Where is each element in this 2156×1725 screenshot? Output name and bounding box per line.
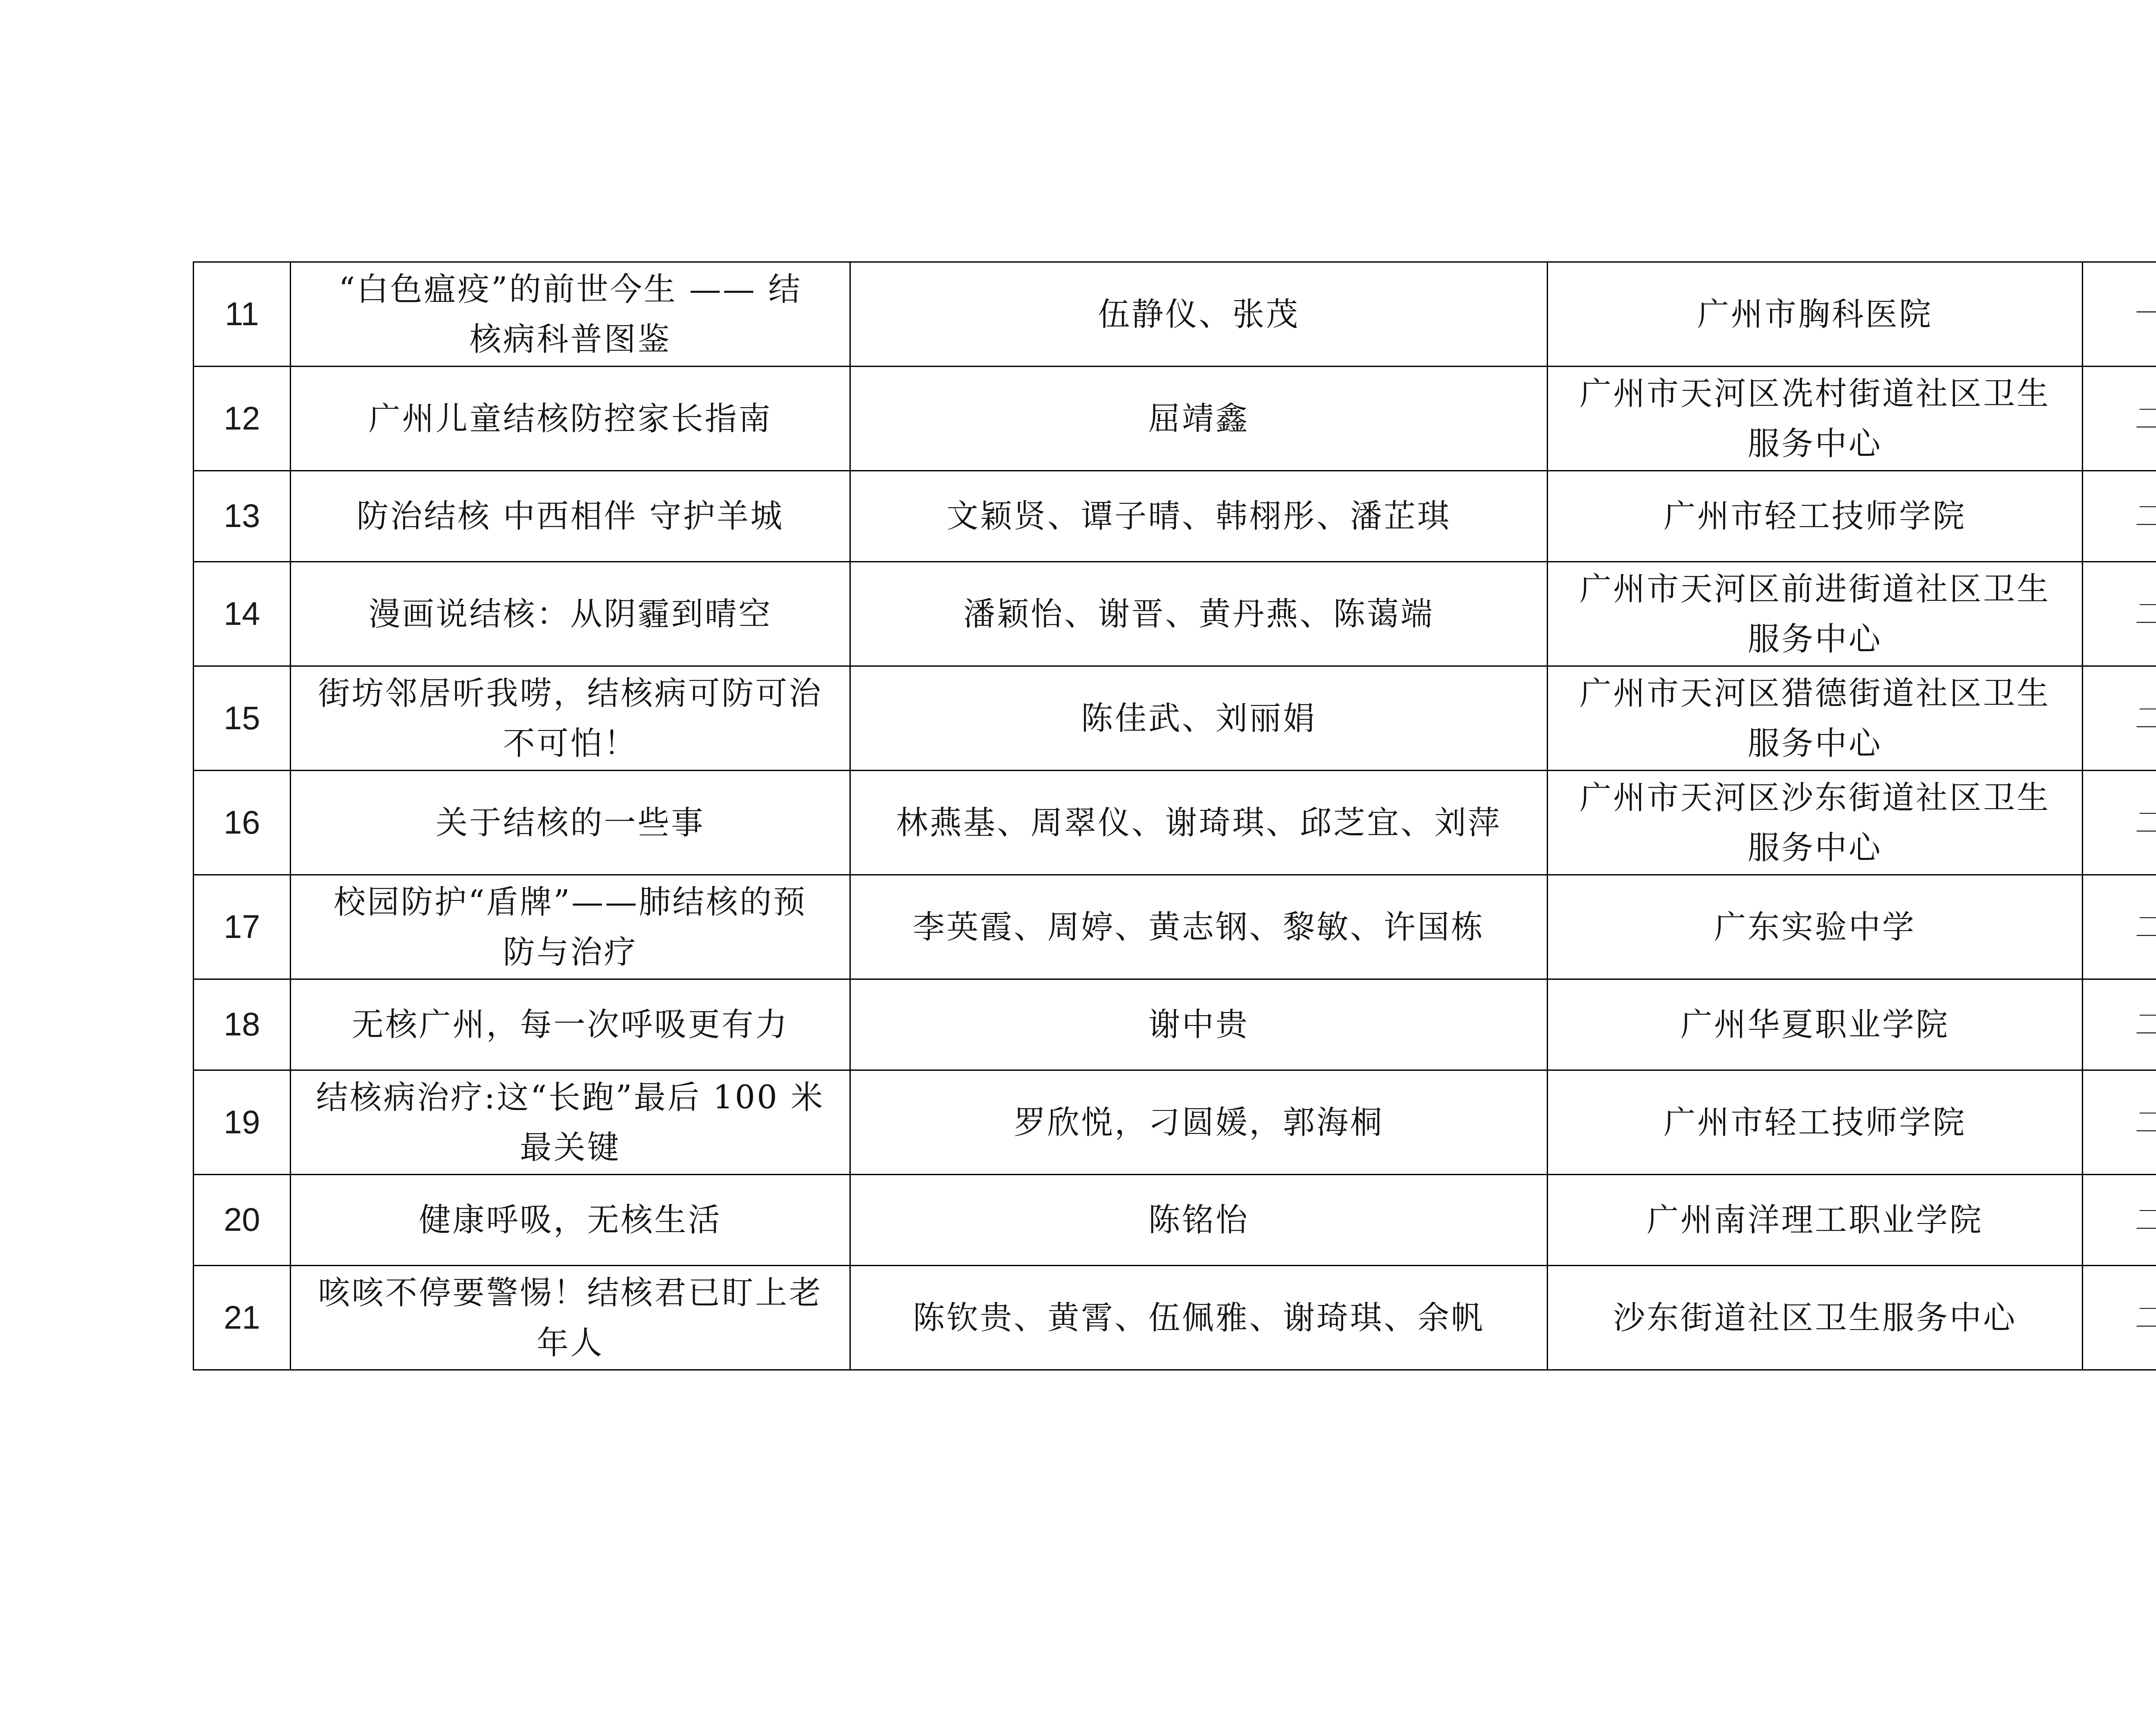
unit: 广州市轻工技师学院 xyxy=(1548,1070,2083,1175)
table-row: 18 无核广州，每一次呼吸更有力 谢中贵 广州华夏职业学院 二等奖 xyxy=(194,979,2156,1070)
work-title: 漫画说结核：从阴霾到晴空 xyxy=(291,562,850,666)
document-page: 11 “白色瘟疫”的前世今生 —— 结 核病科普图鉴 伍静仪、张茂 广州市胸科医… xyxy=(0,0,2156,1725)
row-number: 14 xyxy=(194,562,291,666)
authors: 陈铭怡 xyxy=(850,1175,1548,1266)
work-title: 结核病治疗:这“长跑”最后 100 米 最关键 xyxy=(291,1070,850,1175)
work-title: 街坊邻居听我唠，结核病可防可治 不可怕！ xyxy=(291,666,850,771)
work-title: 校园防护“盾牌”——肺结核的预 防与治疗 xyxy=(291,875,850,979)
award: 二等奖 xyxy=(2083,875,2156,979)
table-row: 20 健康呼吸，无核生活 陈铭怡 广州南洋理工职业学院 二等奖 xyxy=(194,1175,2156,1266)
work-title: 防治结核 中西相伴 守护羊城 xyxy=(291,471,850,562)
unit: 广州市天河区冼村街道社区卫生 服务中心 xyxy=(1548,367,2083,471)
table-row: 11 “白色瘟疫”的前世今生 —— 结 核病科普图鉴 伍静仪、张茂 广州市胸科医… xyxy=(194,262,2156,367)
authors: 陈佳武、刘丽娟 xyxy=(850,666,1548,771)
award: 二等奖 xyxy=(2083,471,2156,562)
row-number: 16 xyxy=(194,771,291,875)
table-row: 13 防治结核 中西相伴 守护羊城 文颖贤、谭子晴、韩栩彤、潘芷琪 广州市轻工技… xyxy=(194,471,2156,562)
award: 二等奖 xyxy=(2083,666,2156,771)
unit: 广州市天河区猎德街道社区卫生 服务中心 xyxy=(1548,666,2083,771)
table-row: 14 漫画说结核：从阴霾到晴空 潘颖怡、谢晋、黄丹燕、陈蔼端 广州市天河区前进街… xyxy=(194,562,2156,666)
authors: 文颖贤、谭子晴、韩栩彤、潘芷琪 xyxy=(850,471,1548,562)
authors: 罗欣悦，刁圆媛，郭海桐 xyxy=(850,1070,1548,1175)
unit: 沙东街道社区卫生服务中心 xyxy=(1548,1266,2083,1370)
authors: 潘颖怡、谢晋、黄丹燕、陈蔼端 xyxy=(850,562,1548,666)
table-row: 19 结核病治疗:这“长跑”最后 100 米 最关键 罗欣悦，刁圆媛，郭海桐 广… xyxy=(194,1070,2156,1175)
unit: 广州华夏职业学院 xyxy=(1548,979,2083,1070)
row-number: 17 xyxy=(194,875,291,979)
work-title: 健康呼吸，无核生活 xyxy=(291,1175,850,1266)
table-row: 21 咳咳不停要警惕！结核君已盯上老 年人 陈钦贵、黄霄、伍佩雅、谢琦琪、余帆 … xyxy=(194,1266,2156,1370)
authors: 陈钦贵、黄霄、伍佩雅、谢琦琪、余帆 xyxy=(850,1266,1548,1370)
work-title: 无核广州，每一次呼吸更有力 xyxy=(291,979,850,1070)
work-title: 关于结核的一些事 xyxy=(291,771,850,875)
work-title: 咳咳不停要警惕！结核君已盯上老 年人 xyxy=(291,1266,850,1370)
authors: 谢中贵 xyxy=(850,979,1548,1070)
unit: 广州市轻工技师学院 xyxy=(1548,471,2083,562)
row-number: 12 xyxy=(194,367,291,471)
table-row: 16 关于结核的一些事 林燕基、周翠仪、谢琦琪、邱芝宜、刘萍 广州市天河区沙东街… xyxy=(194,771,2156,875)
table-row: 17 校园防护“盾牌”——肺结核的预 防与治疗 李英霞、周婷、黄志钢、黎敏、许国… xyxy=(194,875,2156,979)
unit: 广州南洋理工职业学院 xyxy=(1548,1175,2083,1266)
row-number: 18 xyxy=(194,979,291,1070)
row-number: 20 xyxy=(194,1175,291,1266)
row-number: 13 xyxy=(194,471,291,562)
row-number: 11 xyxy=(194,262,291,367)
unit: 广州市天河区前进街道社区卫生 服务中心 xyxy=(1548,562,2083,666)
unit: 广州市天河区沙东街道社区卫生 服务中心 xyxy=(1548,771,2083,875)
row-number: 15 xyxy=(194,666,291,771)
award: 二等奖 xyxy=(2083,367,2156,471)
award: 二等奖 xyxy=(2083,979,2156,1070)
awards-table: 11 “白色瘟疫”的前世今生 —— 结 核病科普图鉴 伍静仪、张茂 广州市胸科医… xyxy=(193,261,2156,1371)
authors: 林燕基、周翠仪、谢琦琪、邱芝宜、刘萍 xyxy=(850,771,1548,875)
award: 二等奖 xyxy=(2083,1175,2156,1266)
table-row: 15 街坊邻居听我唠，结核病可防可治 不可怕！ 陈佳武、刘丽娟 广州市天河区猎德… xyxy=(194,666,2156,771)
authors: 李英霞、周婷、黄志钢、黎敏、许国栋 xyxy=(850,875,1548,979)
row-number: 19 xyxy=(194,1070,291,1175)
award: 一等奖 xyxy=(2083,262,2156,367)
unit: 广州市胸科医院 xyxy=(1548,262,2083,367)
authors: 伍静仪、张茂 xyxy=(850,262,1548,367)
award: 二等奖 xyxy=(2083,771,2156,875)
award: 二等奖 xyxy=(2083,562,2156,666)
unit: 广东实验中学 xyxy=(1548,875,2083,979)
authors: 屈靖鑫 xyxy=(850,367,1548,471)
award: 二等奖 xyxy=(2083,1266,2156,1370)
award: 二等奖 xyxy=(2083,1070,2156,1175)
row-number: 21 xyxy=(194,1266,291,1370)
table-row: 12 广州儿童结核防控家长指南 屈靖鑫 广州市天河区冼村街道社区卫生 服务中心 … xyxy=(194,367,2156,471)
work-title: “白色瘟疫”的前世今生 —— 结 核病科普图鉴 xyxy=(291,262,850,367)
work-title: 广州儿童结核防控家长指南 xyxy=(291,367,850,471)
